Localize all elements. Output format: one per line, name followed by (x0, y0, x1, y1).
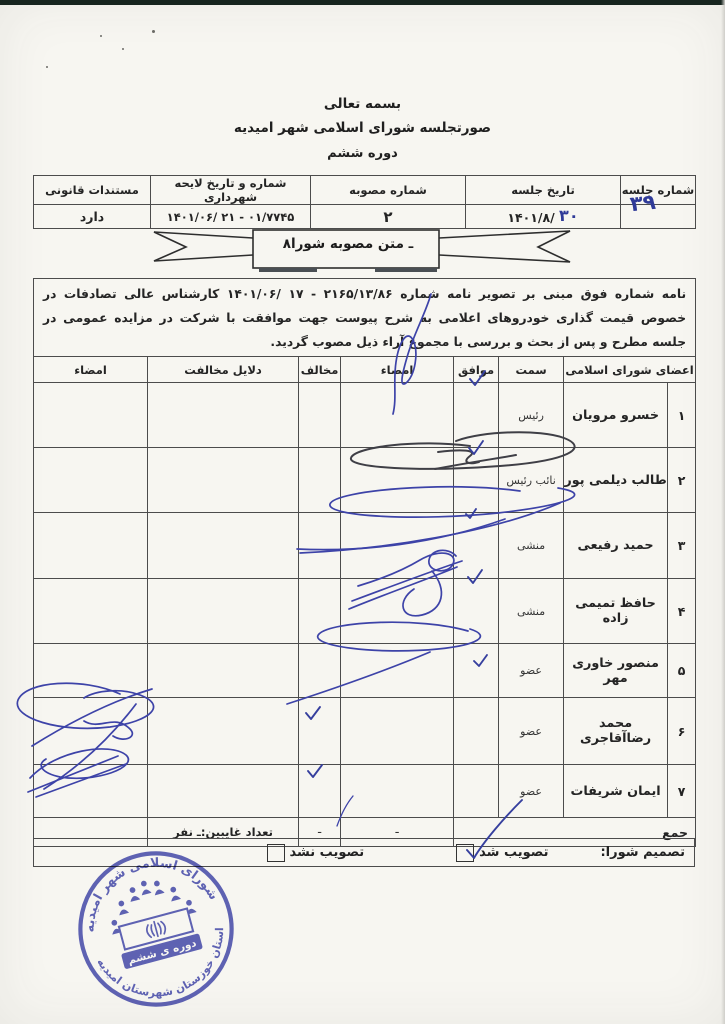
scan-speck (46, 66, 48, 68)
oppose-cell (299, 448, 341, 513)
member-name: منصور خاوری مهر (564, 644, 668, 698)
member-row-2: ۲ طالب دیلمی پور نائب رئیس (34, 448, 696, 513)
col-oppose-reasons: دلایل مخالفت (148, 357, 299, 383)
col-position: سمت (499, 357, 564, 383)
signature-cell (341, 383, 454, 448)
value-bill-no-date: ۱۴۰۱/۰۶/ ۲۱ - ۰۱/۷۷۴۵ (151, 205, 311, 229)
resolution-reference-numbers: ۱۴۰۱/۰۶/ ۱۷ - ۲۱۶۵/۱۳/۸۶ (227, 287, 393, 301)
agree-cell (454, 513, 499, 579)
row-number: ۵ (668, 644, 696, 698)
oppose-reason-cell (148, 448, 299, 513)
oppose-cell (299, 383, 341, 448)
member-row-6: ۶ محمد رضاآقاجری عضو (34, 698, 696, 765)
member-row-4: ۴ حافظ تمیمی زاده منشی (34, 579, 696, 644)
oppose-cell (299, 579, 341, 644)
agree-cell (454, 383, 499, 448)
signature2-cell (34, 448, 148, 513)
member-role: منشی (499, 513, 564, 579)
col-signature: امضاء (341, 357, 454, 383)
member-row-1: ۱ خسرو مرویان رئیس (34, 383, 696, 448)
member-role: عضو (499, 765, 564, 818)
col-members: اعضای شورای اسلامی (564, 357, 696, 383)
signature-cell (341, 579, 454, 644)
agree-cell (454, 448, 499, 513)
session-info-table: شماره جلسه تاریخ جلسه شماره مصوبه شماره … (33, 175, 696, 229)
signature2-cell (34, 513, 148, 579)
member-name: خسرو مرویان (564, 383, 668, 448)
oppose-cell (299, 513, 341, 579)
approved-label: تصویب شد (479, 845, 548, 860)
row-number: ۳ (668, 513, 696, 579)
member-row-3: ۳ حمید رفیعی منشی (34, 513, 696, 579)
resolution-text-before: نامه شماره فوق مبنی بر تصویر نامه شماره (400, 287, 686, 301)
value-session-date: ۱۴۰۱/۸/ ۳۰ (466, 205, 621, 229)
scanner-edge-bar (0, 0, 725, 5)
scanned-document-page: بسمه تعالی صورتجلسه شورای اسلامی شهر امی… (0, 0, 725, 1024)
ribbon-shadow-right (375, 268, 437, 272)
col-oppose: مخالف (299, 357, 341, 383)
signature-cell (341, 513, 454, 579)
signature2-cell (34, 383, 148, 448)
signature2-cell (34, 579, 148, 644)
oppose-reason-cell (148, 765, 299, 818)
header-legal-docs: مستندات قانونی (34, 176, 151, 205)
oppose-cell (299, 698, 341, 765)
resolution-text: نامه شماره فوق مبنی بر تصویر نامه شماره … (34, 279, 696, 357)
signature-cell (341, 644, 454, 698)
oppose-reason-cell (148, 698, 299, 765)
agree-cell (454, 644, 499, 698)
banner-title: ۸ـ متن مصوبه شورا (253, 236, 443, 252)
member-name: حافظ تمیمی زاده (564, 579, 668, 644)
col-agree: موافق (454, 357, 499, 383)
oppose-reason-cell (148, 383, 299, 448)
resolution-vote-table: نامه شماره فوق مبنی بر تصویر نامه شماره … (33, 278, 696, 847)
approved-checkbox (456, 844, 474, 862)
oppose-reason-cell (148, 579, 299, 644)
scan-speck (122, 48, 124, 50)
session-date-printed: ۱۴۰۱/۸/ (507, 210, 554, 225)
row-number: ۲ (668, 448, 696, 513)
not-approved-checkbox (267, 844, 285, 862)
scan-speck (152, 30, 155, 33)
oppose-cell (299, 644, 341, 698)
handwritten-session-number: ۳۹ (629, 190, 657, 217)
value-resolution-no: ۲ (311, 205, 466, 229)
session-date-handwritten: ۳۰ (559, 206, 579, 225)
member-name: طالب دیلمی پور (564, 448, 668, 513)
agree-cell (454, 765, 499, 818)
decision-label: تصمیم شورا: (600, 845, 685, 860)
agree-cell (454, 698, 499, 765)
value-legal-docs: دارد (34, 205, 151, 229)
signature-cell (341, 448, 454, 513)
member-row-5: ۵ منصور خاوری مهر عضو (34, 644, 696, 698)
oppose-reason-cell (148, 644, 299, 698)
signature2-cell (34, 698, 148, 765)
member-name: محمد رضاآقاجری (564, 698, 668, 765)
member-row-7: ۷ ایمان شریفات عضو (34, 765, 696, 818)
ribbon-tail-left (154, 232, 253, 261)
member-name: حمید رفیعی (564, 513, 668, 579)
member-role: رئیس (499, 383, 564, 448)
row-number: ۱ (668, 383, 696, 448)
col-signature-2: امضاء (34, 357, 148, 383)
row-number: ۶ (668, 698, 696, 765)
row-number: ۷ (668, 765, 696, 818)
bismillah-line: بسمه تعالی (0, 96, 725, 112)
signature2-cell (34, 765, 148, 818)
ribbon-tail-right (439, 231, 570, 262)
row-number: ۴ (668, 579, 696, 644)
header-bill-no-date: شماره و تاریخ لایحه شهرداری (151, 176, 311, 205)
member-role: عضو (499, 644, 564, 698)
council-term: دوره ششم (0, 146, 725, 161)
oppose-cell (299, 765, 341, 818)
not-approved-label: تصویب نشد (290, 845, 365, 860)
header-session-date: تاریخ جلسه (466, 176, 621, 205)
member-role: منشی (499, 579, 564, 644)
ribbon-shadow-left (259, 268, 317, 272)
scan-speck (100, 35, 102, 37)
signature-cell (341, 765, 454, 818)
document-title: صورتجلسه شورای اسلامی شهر امیدیه (0, 120, 725, 136)
member-role: عضو (499, 698, 564, 765)
member-role: نائب رئیس (499, 448, 564, 513)
signature2-cell (34, 644, 148, 698)
agree-cell (454, 579, 499, 644)
oppose-reason-cell (148, 513, 299, 579)
member-name: ایمان شریفات (564, 765, 668, 818)
header-resolution-no: شماره مصوبه (311, 176, 466, 205)
signature-cell (341, 698, 454, 765)
